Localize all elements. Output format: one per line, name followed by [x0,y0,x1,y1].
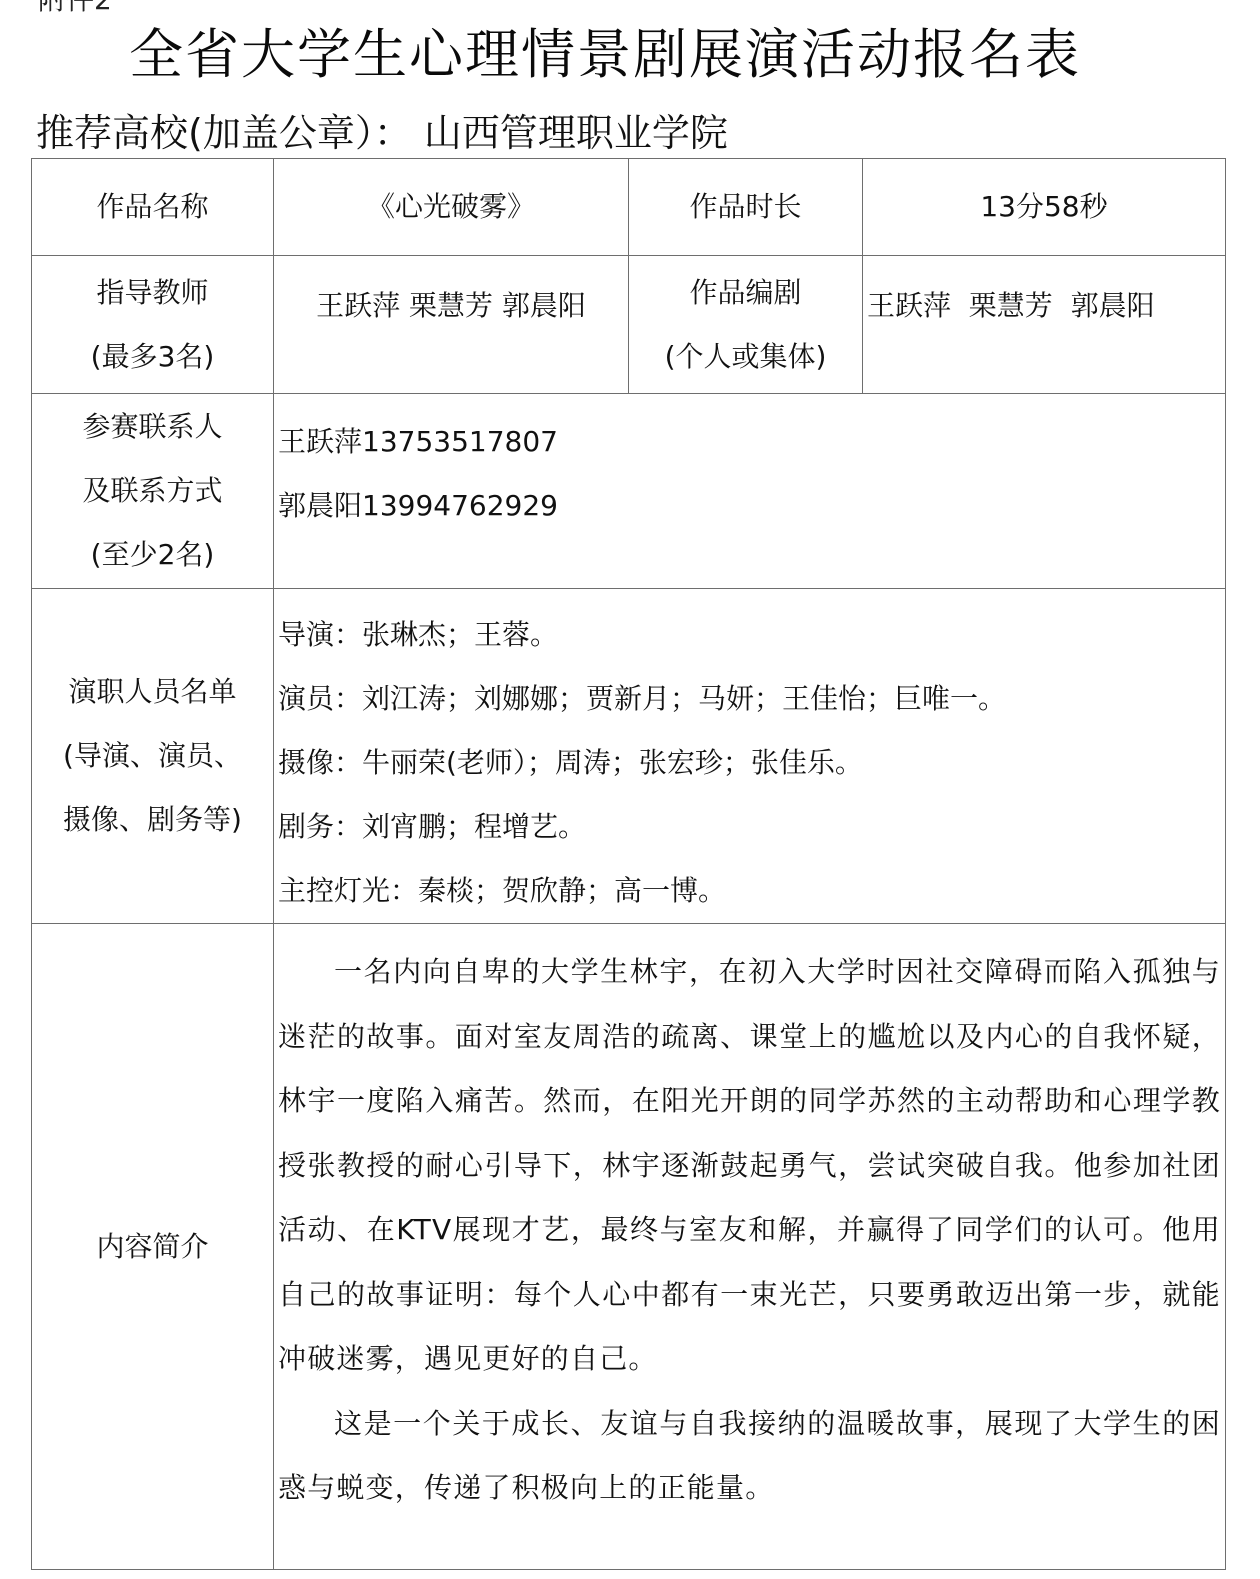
work-duration-label: 作品时长 [629,159,863,256]
row-contacts: 参赛联系人 及联系方式 (至少2名) 王跃萍13753517807 郭晨阳139… [32,394,1226,589]
contacts-label: 参赛联系人 及联系方式 (至少2名) [32,394,274,589]
row-work-info: 作品名称 《心光破雾》 作品时长 13分58秒 [32,159,1226,256]
crew-value: 导演：张琳杰；王蓉。 演员：刘江涛；刘娜娜；贾新月；马妍；王佳怡；巨唯一。 摄像… [274,589,1226,924]
recommending-school-label: 推荐高校(加盖公章）： [36,111,412,155]
crew-label: 演职人员名单 (导演、演员、 摄像、剧务等) [32,589,274,924]
contacts-value: 王跃萍13753517807 郭晨阳13994762929 [274,394,1226,589]
crew-lighting: 主控灯光：秦棪；贺欣静；高一博。 [274,859,1225,923]
screenwriter-value: 王跃萍 栗慧芳 郭晨阳 [863,256,1226,394]
contacts-label-line2: 及联系方式 [32,459,273,523]
screenwriter-label-line1: 作品编剧 [629,261,862,325]
registration-form-table: 作品名称 《心光破雾》 作品时长 13分58秒 指导教师 (最多3名) 王跃萍 … [31,158,1226,1570]
crew-directors: 导演：张琳杰；王蓉。 [274,603,1225,667]
synopsis-label: 内容简介 [32,924,274,1570]
work-duration-value: 13分58秒 [863,159,1226,256]
crew-stage-affairs: 剧务：刘宵鹏；程增艺。 [274,795,1225,859]
crew-camera: 摄像：牛丽荣(老师）；周涛；张宏珍；张佳乐。 [274,731,1225,795]
crew-actors: 演员：刘江涛；刘娜娜；贾新月；马妍；王佳怡；巨唯一。 [274,667,1225,731]
synopsis-value: 一名内向自卑的大学生林宇，在初入大学时因社交障碍而陷入孤独与迷茫的故事。面对室友… [274,924,1226,1570]
crew-label-line1: 演职人员名单 [32,660,273,724]
contacts-label-line1: 参赛联系人 [32,395,273,459]
instructors-label-line2: (最多3名) [32,325,273,389]
contact-entry: 王跃萍13753517807 [274,410,1225,474]
work-name-label: 作品名称 [32,159,274,256]
screenwriter-label-line2: (个人或集体) [629,325,862,389]
contact-entry: 郭晨阳13994762929 [274,474,1225,538]
row-synopsis: 内容简介 一名内向自卑的大学生林宇，在初入大学时因社交障碍而陷入孤独与迷茫的故事… [32,924,1226,1570]
crew-label-line3: 摄像、剧务等) [32,788,273,852]
screenwriter-label: 作品编剧 (个人或集体) [629,256,863,394]
recommending-school: 推荐高校(加盖公章）： 山西管理职业学院 [36,108,728,158]
synopsis-paragraph: 这是一个关于成长、友谊与自我接纳的温暖故事，展现了大学生的困惑与蜕变，传递了积极… [274,1392,1225,1521]
row-crew: 演职人员名单 (导演、演员、 摄像、剧务等) 导演：张琳杰；王蓉。 演员：刘江涛… [32,589,1226,924]
row-instructors: 指导教师 (最多3名) 王跃萍 栗慧芳 郭晨阳 作品编剧 (个人或集体) 王跃萍… [32,256,1226,394]
instructors-label-line1: 指导教师 [32,261,273,325]
crew-label-line2: (导演、演员、 [32,724,273,788]
page-title: 全省大学生心理情景剧展演活动报名表 [0,24,1210,86]
recommending-school-value: 山西管理职业学院 [424,111,728,155]
contacts-label-line3: (至少2名) [32,523,273,587]
instructors-value: 王跃萍 栗慧芳 郭晨阳 [274,256,629,394]
work-name-value: 《心光破雾》 [274,159,629,256]
annex-label: 附件2 [38,0,112,14]
synopsis-paragraph: 一名内向自卑的大学生林宇，在初入大学时因社交障碍而陷入孤独与迷茫的故事。面对室友… [274,940,1225,1392]
instructors-label: 指导教师 (最多3名) [32,256,274,394]
